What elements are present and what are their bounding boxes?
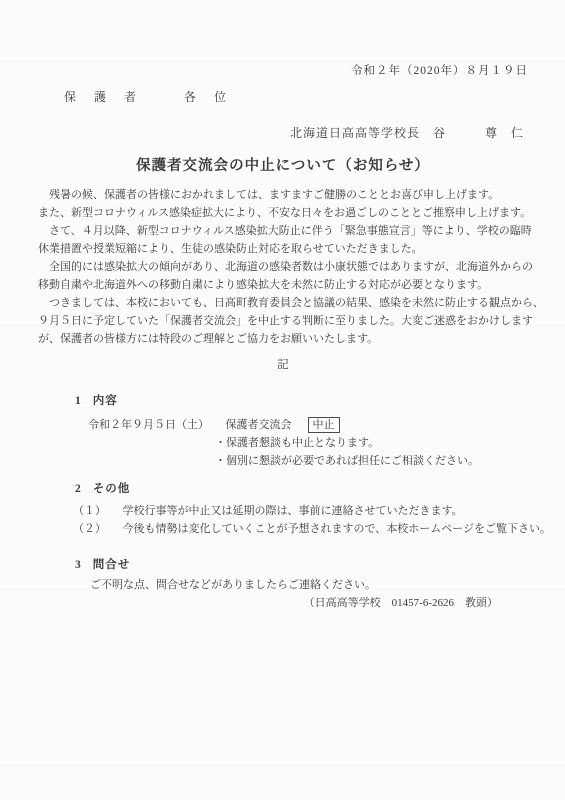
body-line: また、新型コロナウィルス感染症拡大により、不安な日々をお過ごしのこととご推察申し…	[38, 204, 528, 222]
body-line: ９月５日に予定していた「保護者交流会」を中止する判断に至りました。大変ご迷惑をお…	[38, 312, 528, 330]
body-line: さて、４月以降、新型コロナウィルス感染拡大防止に伴う「緊急事態宣言」等により、学…	[38, 222, 528, 240]
body-line: 休業措置や授業短縮により、生徒の感染防止対応を取らせていただきました。	[38, 240, 528, 258]
body-line: 全国的には感染拡大の傾向があり、北海道の感染者数は小康状態ではありますが、北海道…	[38, 258, 528, 276]
body-line: 移動自粛や北海道外への移動自粛により感染拡大を未然に防止する対応が必要となります…	[38, 276, 528, 294]
section3-title: 問合せ	[93, 559, 131, 571]
section2-number: 2	[75, 483, 81, 495]
section1-title: 内容	[93, 395, 118, 407]
section1-number: 1	[75, 395, 81, 407]
inquiry-text: ご不明な点、問合せなどがありましたらご連絡ください。	[38, 576, 528, 594]
body-line: つきましては、本校においても、日高町教育委員会と協議の結果、感染を未然に防止する…	[38, 294, 528, 312]
status-badge-cancelled: 中止	[308, 417, 340, 433]
recipient: 保 護 者 各 位	[38, 88, 528, 104]
section3-number: 3	[75, 559, 81, 571]
document-title: 保護者交流会の中止について（お知らせ）	[38, 154, 528, 174]
numbered-item: （２） 今後も情勢は変化していくことが予想されますので、本校ホームページをご覧下…	[38, 520, 528, 538]
document-page: 令和２年（2020年）８月１９日 保 護 者 各 位 北海道日高高等学校長 谷 …	[0, 0, 565, 800]
section1-heading: 1内容	[38, 392, 528, 410]
section3-heading: 3問合せ	[38, 556, 528, 574]
note-item: ・保護者懇談も中止となります。	[38, 434, 528, 452]
section2-heading: 2その他	[38, 480, 528, 498]
document-content: 令和２年（2020年）８月１９日 保 護 者 各 位 北海道日高高等学校長 谷 …	[0, 0, 565, 612]
numbered-item: （１） 学校行事等が中止又は延期の際は、事前に連絡させていただきます。	[38, 502, 528, 520]
document-date: 令和２年（2020年）８月１９日	[38, 62, 528, 78]
note-item: ・個別に懇談が必要であれば担任にご相談ください。	[38, 452, 528, 470]
body-paragraphs: 残暑の候、保護者の皆様におかれましては、ますますご健勝のこととお喜び申し上げます…	[38, 186, 528, 348]
section2-items: （１） 学校行事等が中止又は延期の際は、事前に連絡させていただきます。 （２） …	[38, 502, 528, 538]
event-line: 令和２年９月５日（土） 保護者交流会中止	[38, 416, 528, 434]
contact-info: （日高高等学校 01457-6-2626 教頭）	[38, 594, 528, 612]
section2-title: その他	[93, 483, 131, 495]
sender-signature: 北海道日高高等学校長 谷 尊 仁	[38, 124, 528, 140]
body-line: が、保護者の皆様方には特段のご理解とご協力をお願いいたします。	[38, 330, 528, 348]
body-line: 残暑の候、保護者の皆様におかれましては、ますますご健勝のこととお喜び申し上げます…	[38, 186, 528, 204]
event-text: 令和２年９月５日（土） 保護者交流会	[88, 419, 292, 431]
record-marker: 記	[38, 356, 528, 374]
